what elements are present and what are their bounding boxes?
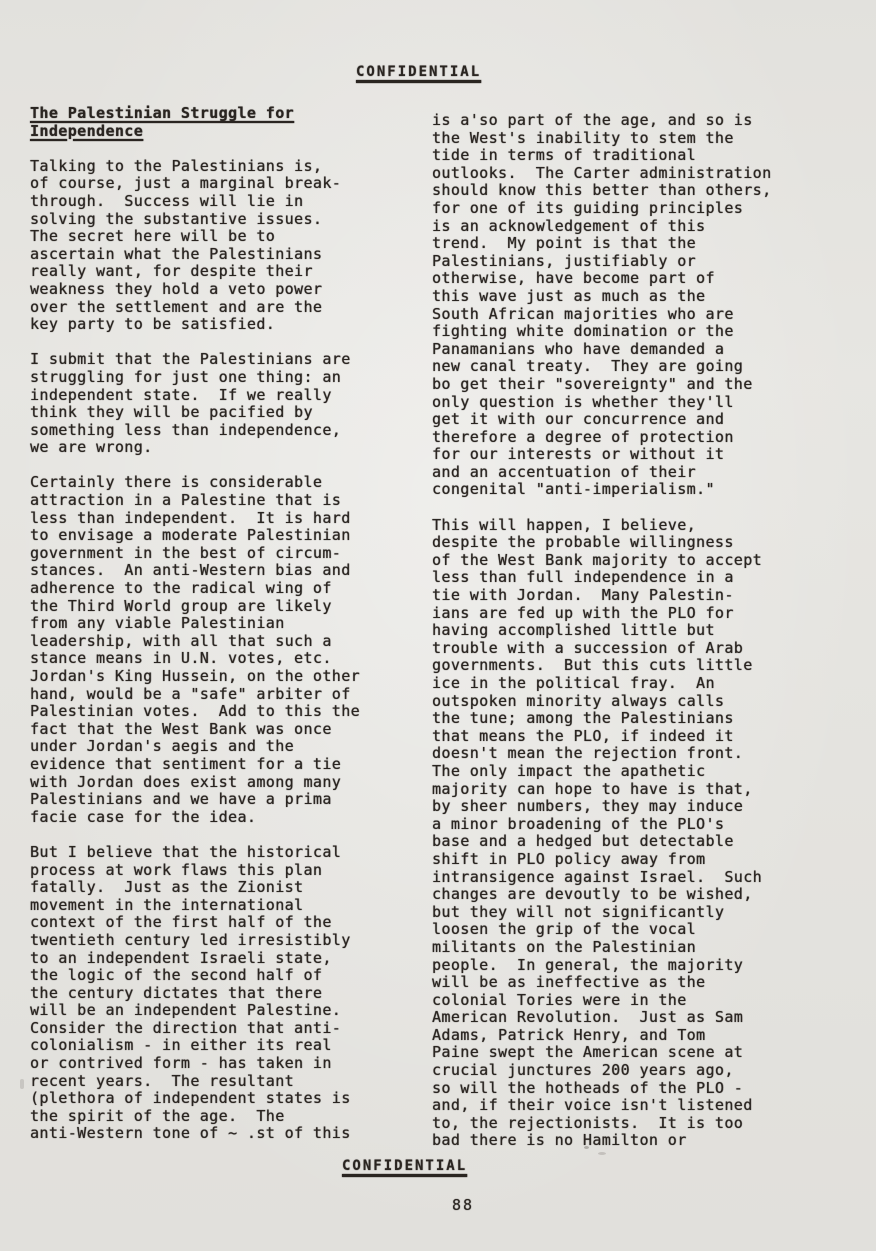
- footer-classification: CONFIDENTIAL: [342, 1158, 467, 1176]
- left-paragraph-3: Certainly there is considerable attracti…: [30, 474, 422, 826]
- left-paragraph-1: Talking to the Palestinians is, of cours…: [30, 158, 422, 334]
- scan-smudge: [584, 1146, 589, 1149]
- scan-smudge: [20, 1079, 24, 1089]
- article-title: The Palestinian Struggle for Independenc…: [30, 105, 422, 140]
- left-paragraph-4: But I believe that the historical proces…: [30, 844, 422, 1143]
- right-paragraph-2: This will happen, I believe, despite the…: [432, 517, 832, 1150]
- left-paragraph-2: I submit that the Palestinians are strug…: [30, 351, 422, 457]
- page-number: 88: [452, 1196, 474, 1214]
- document-page: CONFIDENTIAL The Palestinian Struggle fo…: [0, 0, 876, 1251]
- header-classification: CONFIDENTIAL: [356, 64, 481, 82]
- right-paragraph-1: is a'so part of the age, and so is the W…: [432, 112, 832, 499]
- right-column: is a'so part of the age, and so is the W…: [432, 112, 832, 1168]
- scan-smudge: [598, 1152, 606, 1155]
- left-column: The Palestinian Struggle for Independenc…: [30, 105, 422, 1161]
